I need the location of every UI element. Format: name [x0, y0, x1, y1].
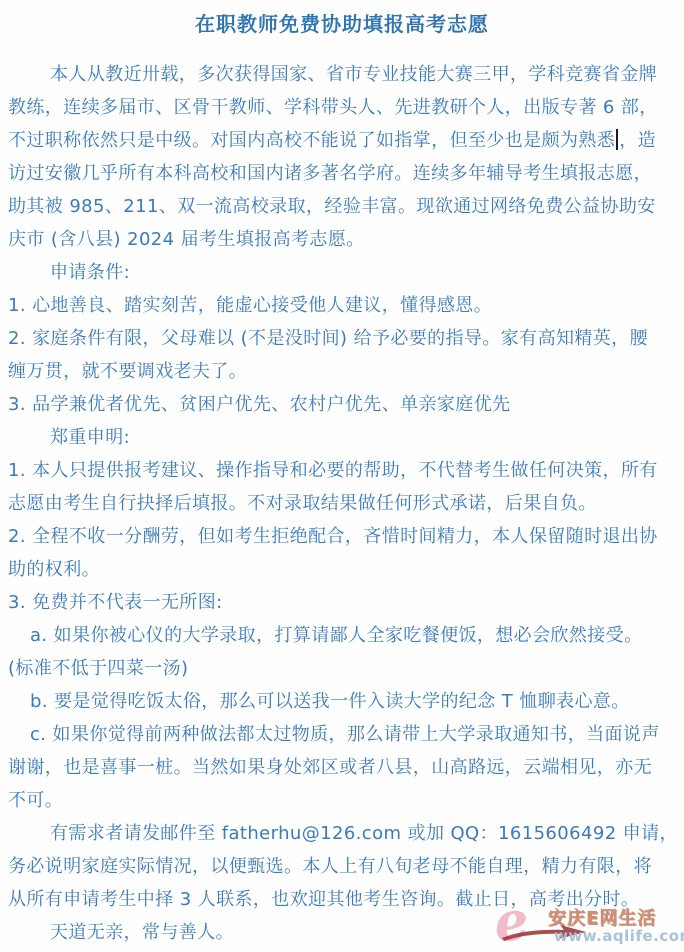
document-text-area[interactable]: 本人从教近卅载，多次获得国家、省市专业技能大赛三甲，学科竞赛省金牌教练，连续多届…: [0, 58, 684, 949]
text-cursor: [616, 129, 618, 150]
text-line: c. 如果你觉得前两种做法都太过物质，那么请带上大学录取通知书，当面说声: [8, 718, 680, 751]
text-line: 有需求者请发邮件至 fatherhu@126.com 或加 QQ：1615606…: [8, 817, 680, 850]
text-line: 2. 家庭条件有限，父母难以 (不是没时间) 给予必要的指导。家有高知精英，腰: [8, 322, 680, 355]
text-line: 谢谢，也是喜事一桩。当然如果身处郊区或者八县，山高路远，云端相见，亦无: [8, 751, 680, 784]
text-line: 申请条件:: [8, 256, 680, 289]
text-line: 务必说明家庭实际情况，以便甄选。本人上有八旬老母不能自理，精力有限，将: [8, 850, 680, 883]
text-line: 1. 本人只提供报考建议、操作指导和必要的帮助，不代替考生做任何决策，所有: [8, 454, 680, 487]
text-line: 不可。: [8, 784, 680, 817]
text-line: 访过安徽几乎所有本科高校和国内诸多著名学府。连续多年辅导考生填报志愿，: [8, 157, 680, 190]
text-line: 助其被 985、211、双一流高校录取，经验丰富。现欲通过网络免费公益协助安: [8, 190, 680, 223]
text-line: 不过职称依然只是中级。对国内高校不能说了如指掌，但至少也是颇为熟悉，造: [8, 124, 680, 157]
text-line: 助的权利。: [8, 553, 680, 586]
text-line: 3. 免费并不代表一无所图:: [8, 586, 680, 619]
document-page: 在职教师免费协助填报高考志愿 本人从教近卅载，多次获得国家、省市专业技能大赛三甲…: [0, 0, 684, 952]
text-line: (标准不低于四菜一汤): [8, 652, 680, 685]
text-line: 郑重申明:: [8, 421, 680, 454]
text-line: a. 如果你被心仪的大学录取，打算请鄙人全家吃餐便饭，想必会欣然接受。: [8, 619, 680, 652]
text-line: 庆市 (含八县) 2024 届考生填报高考志愿。: [8, 223, 680, 256]
text-line: 天道无亲，常与善人。: [8, 916, 680, 949]
text-line: 从所有申请考生中择 3 人联系，也欢迎其他考生咨询。截止日，高考出分时。: [8, 883, 680, 916]
text-line: b. 要是觉得吃饭太俗，那么可以送我一件入读大学的纪念 T 恤聊表心意。: [8, 685, 680, 718]
text-line: 本人从教近卅载，多次获得国家、省市专业技能大赛三甲，学科竞赛省金牌: [8, 58, 680, 91]
text-line: 3. 品学兼优者优先、贫困户优先、农村户优先、单亲家庭优先: [8, 388, 680, 421]
page-title: 在职教师免费协助填报高考志愿: [0, 0, 684, 34]
text-line: 2. 全程不收一分酬劳，但如考生拒绝配合，吝惜时间精力，本人保留随时退出协: [8, 520, 680, 553]
text-line: 教练，连续多届市、区骨干教师、学科带头人、先进教研个人，出版专著 6 部，: [8, 91, 680, 124]
text-after-cursor: ，造: [619, 130, 656, 151]
text-before-cursor: 不过职称依然只是中级。对国内高校不能说了如指掌，但至少也是颇为熟悉: [8, 130, 615, 151]
text-line: 志愿由考生自行抉择后填报。不对录取结果做任何形式承诺，后果自负。: [8, 487, 680, 520]
text-line: 1. 心地善良、踏实刻苦，能虚心接受他人建议，懂得感恩。: [8, 289, 680, 322]
text-line: 缠万贯，就不要调戏老夫了。: [8, 355, 680, 388]
